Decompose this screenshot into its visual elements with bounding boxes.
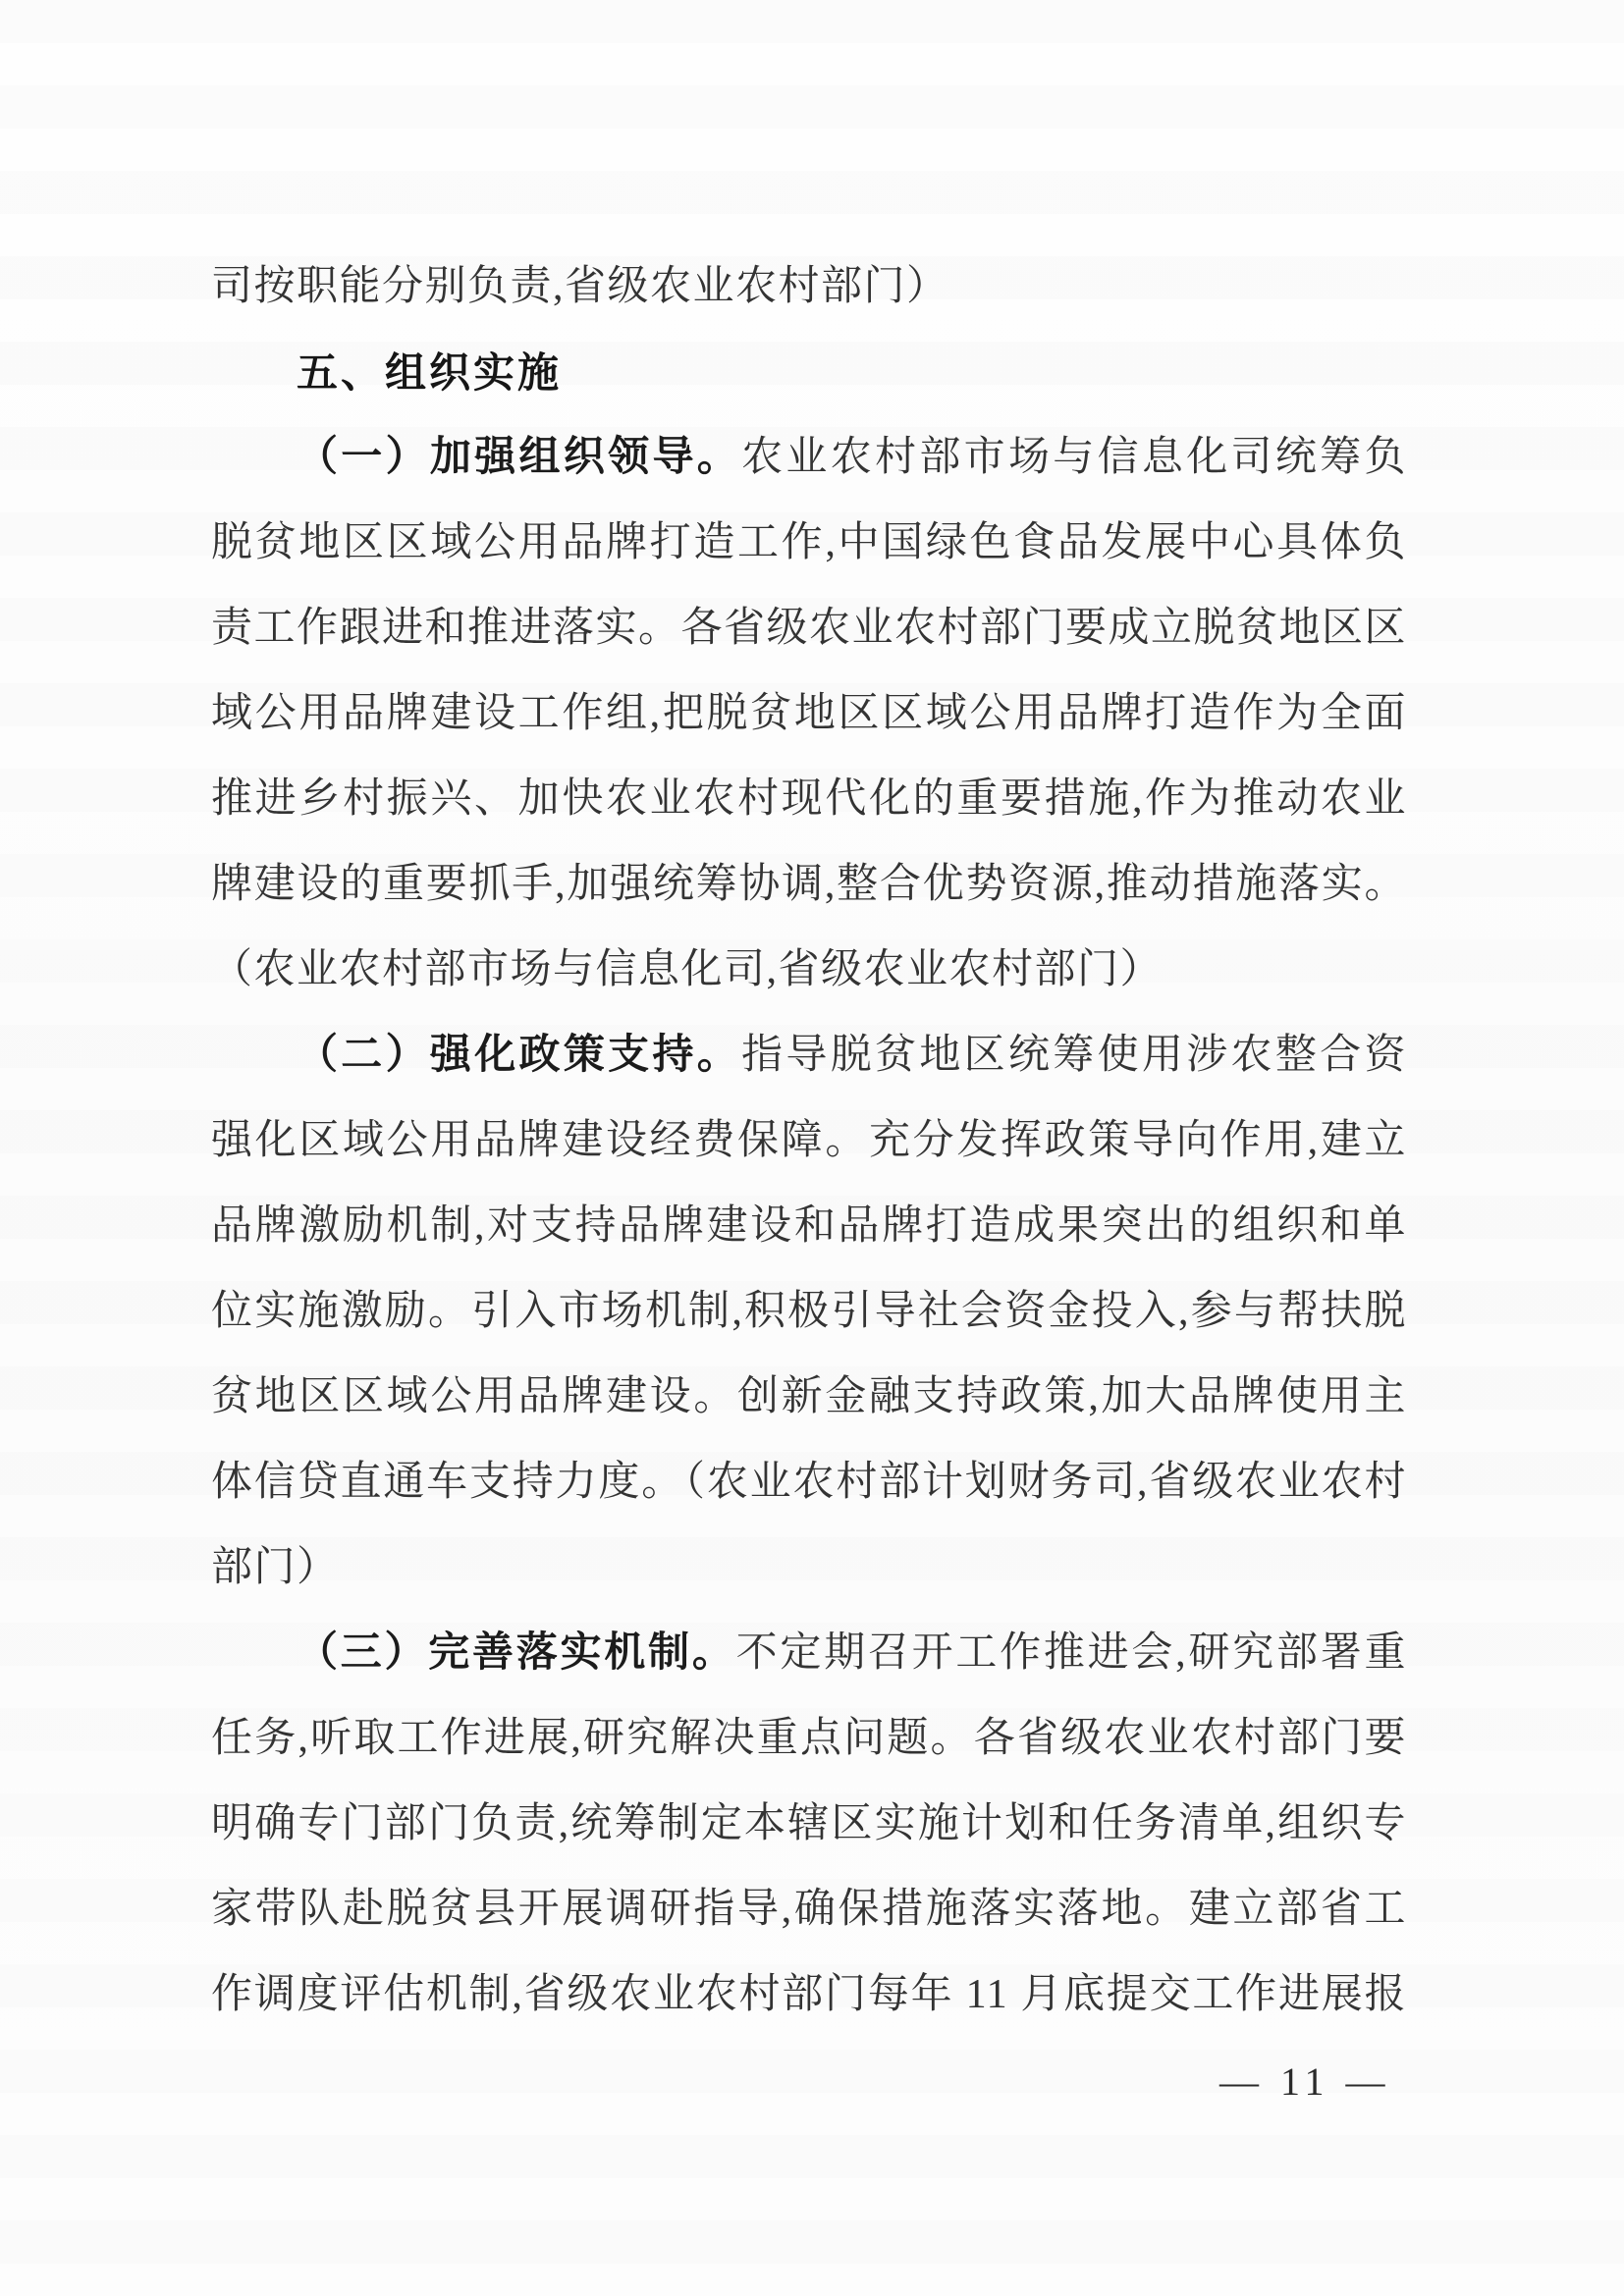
line-text: 品牌激励机制,对支持品牌建设和品牌打造成果突出的组织和单: [211, 1203, 1407, 1249]
line-text: 部门）: [211, 1545, 340, 1590]
body-line: 体信贷直通车支持力度。（农业农村部计划财务司,省级农业农村: [211, 1440, 1407, 1525]
body-line: 部门）: [211, 1525, 1407, 1611]
body-line: 推进乡村振兴、加快农业农村现代化的重要措施,作为推动农业品: [211, 757, 1407, 842]
body-line: 任务,听取工作进展,研究解决重点问题。各省级农业农村部门要: [211, 1696, 1407, 1782]
paragraph-lead: （一）加强组织领导。: [297, 435, 741, 480]
line-text: 体信贷直通车支持力度。（农业农村部计划财务司,省级农业农村: [211, 1460, 1407, 1505]
body-line: 域公用品牌建设工作组,把脱贫地区区域公用品牌打造作为全面: [211, 671, 1407, 757]
line-text: 家带队赴脱贫县开展调研指导,确保措施落实落地。建立部省工: [211, 1887, 1407, 1932]
body-line: （一）加强组织领导。农业农村部市场与信息化司统筹负责: [211, 415, 1407, 501]
line-text: 脱贫地区区域公用品牌打造工作,中国绿色食品发展中心具体负: [211, 520, 1407, 565]
document-body: 司按职能分别负责,省级农业农村部门）五、组织实施（一）加强组织领导。农业农村部市…: [211, 244, 1407, 2038]
line-text: 责工作跟进和推进落实。各省级农业农村部门要成立脱贫地区区: [211, 606, 1407, 651]
body-line: （三）完善落实机制。不定期召开工作推进会,研究部署重点: [211, 1611, 1407, 1696]
line-text: 推进乡村振兴、加快农业农村现代化的重要措施,作为推动农业品: [211, 776, 1407, 842]
line-text: 明确专门部门负责,统筹制定本辖区实施计划和任务清单,组织专: [211, 1801, 1407, 1846]
document-page: 司按职能分别负责,省级农业农村部门）五、组织实施（一）加强组织领导。农业农村部市…: [0, 0, 1624, 2296]
paragraph-lead: （二）强化政策支持。: [297, 1033, 741, 1078]
body-line: 作调度评估机制,省级农业农村部门每年 11 月底提交工作进展报: [211, 1952, 1407, 2038]
line-text: 强化区域公用品牌建设经费保障。充分发挥政策导向作用,建立: [211, 1118, 1407, 1163]
body-line: 品牌激励机制,对支持品牌建设和品牌打造成果突出的组织和单: [211, 1184, 1407, 1269]
body-line: （二）强化政策支持。指导脱贫地区统筹使用涉农整合资金,: [211, 1013, 1407, 1098]
body-line: 明确专门部门负责,统筹制定本辖区实施计划和任务清单,组织专: [211, 1782, 1407, 1867]
section-heading: 五、组织实施: [211, 330, 1407, 415]
continuation-line: 司按职能分别负责,省级农业农村部门）: [211, 244, 1407, 330]
body-line: 家带队赴脱贫县开展调研指导,确保措施落实落地。建立部省工: [211, 1867, 1407, 1952]
body-line: 强化区域公用品牌建设经费保障。充分发挥政策导向作用,建立: [211, 1098, 1407, 1184]
line-text: 牌建设的重要抓手,加强统筹协调,整合优势资源,推动措施落实。: [211, 862, 1407, 907]
page-number: — 11 —: [1219, 2048, 1391, 2116]
line-text: 五、组织实施: [297, 349, 562, 396]
line-text: 贫地区区域公用品牌建设。创新金融支持政策,加大品牌使用主: [211, 1374, 1407, 1419]
body-line: 责工作跟进和推进落实。各省级农业农村部门要成立脱贫地区区: [211, 586, 1407, 671]
line-text: 位实施激励。引入市场机制,积极引导社会资金投入,参与帮扶脱: [211, 1289, 1407, 1334]
line-text: 域公用品牌建设工作组,把脱贫地区区域公用品牌打造作为全面: [211, 691, 1407, 736]
line-text: 作调度评估机制,省级农业农村部门每年 11 月底提交工作进展报: [211, 1972, 1407, 2017]
body-line: 牌建设的重要抓手,加强统筹协调,整合优势资源,推动措施落实。: [211, 842, 1407, 928]
body-line: 贫地区区域公用品牌建设。创新金融支持政策,加大品牌使用主: [211, 1355, 1407, 1440]
line-text: 司按职能分别负责,省级农业农村部门）: [211, 264, 949, 309]
paragraph-lead: （三）完善落实机制。: [297, 1630, 736, 1676]
body-line: 位实施激励。引入市场机制,积极引导社会资金投入,参与帮扶脱: [211, 1269, 1407, 1355]
body-line: 脱贫地区区域公用品牌打造工作,中国绿色食品发展中心具体负: [211, 501, 1407, 586]
body-line: （农业农村部市场与信息化司,省级农业农村部门）: [211, 928, 1407, 1013]
line-text: （农业农村部市场与信息化司,省级农业农村部门）: [211, 947, 1163, 992]
line-text: 任务,听取工作进展,研究解决重点问题。各省级农业农村部门要: [211, 1716, 1407, 1761]
